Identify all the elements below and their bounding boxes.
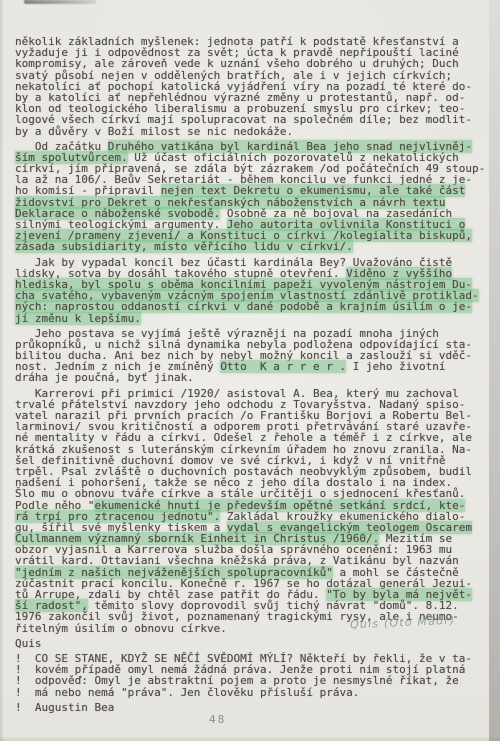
paragraph-council-without-bea: Jak by vypadal koncil bez účasti kardiná… (15, 257, 497, 324)
text-line: dráha je poučná, byť jinak. (15, 372, 497, 383)
text-run: by a důvěry v Boží milost se nic nedokáž… (15, 125, 293, 138)
text-line: zásada subsidiarity, místo věřícího lidu… (15, 241, 497, 252)
text-run: Quis (15, 637, 42, 650)
scan-artifact-top-edge (24, 0, 96, 4)
text-line: ! Augustin Bea (15, 702, 497, 713)
paragraph-pioneers: Jeho postava se vyjímá ještě výrazněji n… (15, 328, 497, 384)
highlighted-text: zásada subsidiarity, místo věřícího lidu… (15, 240, 353, 253)
quote-attribution: ! Augustin Bea (15, 702, 497, 713)
highlighted-text: jí změnu k lepšímu. (15, 312, 141, 325)
text-line: ! má nebo nemá "práva". Jen člověku přís… (15, 687, 497, 698)
paragraph-unity-principles: několik základních myšlenek: jednota pat… (15, 36, 497, 137)
page-number: 48 (209, 713, 226, 726)
text-line: jí změnu k lepšímu. (15, 313, 497, 324)
text-run: dráha je poučná, byť jinak. (15, 371, 194, 384)
text-line: ho komisí - připravil nejen text Dekretu… (15, 185, 497, 196)
page-edge-bottom (0, 736, 500, 741)
quis-label: Quis (15, 638, 497, 649)
text-run: řitelným úsilím o obnovu církve. (15, 622, 227, 635)
page-edge-left (0, 0, 4, 741)
text-line: Quis (15, 638, 497, 649)
paragraph-quis-quote: ! CO SE STANE, KDYŽ SE NĚČÍ SVĚDOMÍ MÝLÍ… (15, 653, 497, 698)
text-run: ! má nebo nemá "práva". Jen člověku přís… (15, 686, 359, 699)
scanned-page: několik základních myšlenek: jednota pat… (0, 0, 500, 741)
highlighted-text: Otto K a r r e r . (220, 360, 346, 373)
paragraph-karrer-life: Karrerovi při primici /1920/ asistoval A… (15, 388, 497, 634)
text-line: by a důvěry v Boží milost se nic nedokáž… (15, 126, 497, 137)
text-run: I jeho životní (346, 360, 445, 373)
text-line: ných: naprostou oddaností církvi v dané … (15, 301, 497, 312)
text-run: ! Augustin Bea (15, 701, 114, 714)
paragraph-bea-council: Od začátku Druhého vatikána byl kardinál… (15, 141, 497, 253)
